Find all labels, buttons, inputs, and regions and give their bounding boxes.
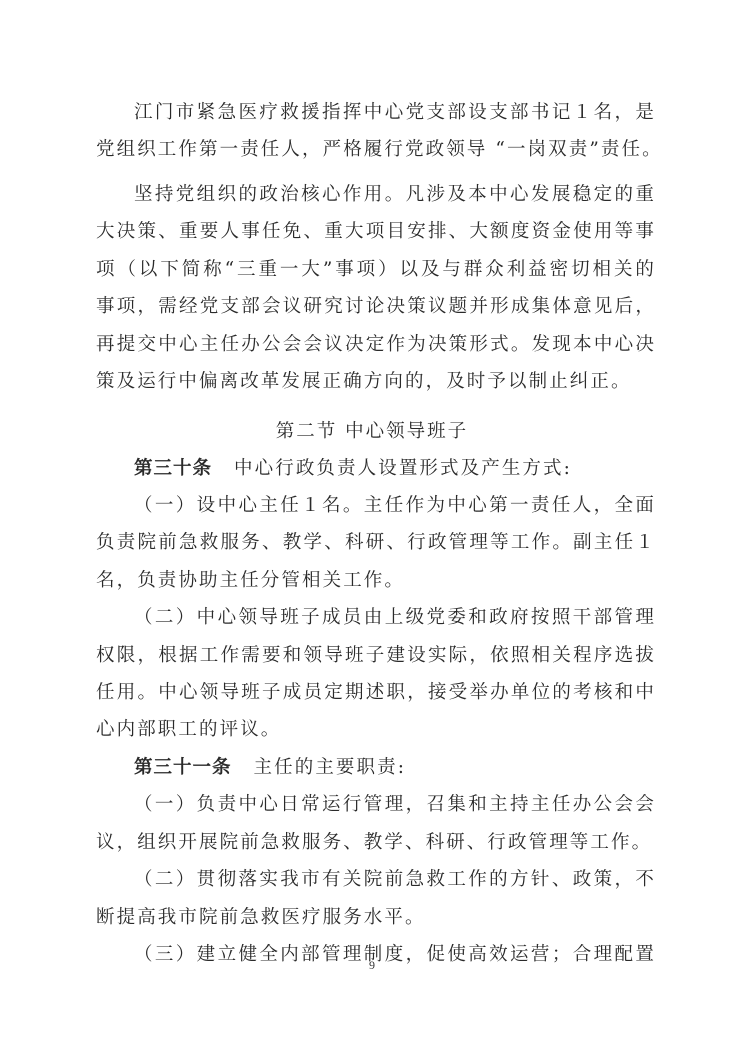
paragraph-line: 名，负责协助主任分管相关工作。 (96, 569, 656, 593)
paragraph-line: 江门市紧急医疗救援指挥中心党支部设支部书记１名，是 (134, 101, 656, 125)
paragraph-line: （二）中心领导班子成员由上级党委和政府按照干部管理 (134, 606, 656, 630)
paragraph-line: 心内部职工的评议。 (96, 718, 656, 742)
paragraph-line: 事项，需经党支部会议研究讨论决策议题并形成集体意见后， (96, 295, 656, 319)
article-title: 主任的主要职责: (254, 757, 407, 778)
article-30-heading: 第三十条中心行政负责人设置形式及产生方式: (134, 457, 656, 481)
paragraph-line: 任用。中心领导班子成员定期述职，接受举办单位的考核和中 (96, 681, 656, 705)
paragraph-line: 断提高我市院前急救医疗服务水平。 (96, 906, 656, 930)
paragraph-line: 权限，根据工作需要和领导班子建设实际，依照相关程序选拔 (96, 644, 656, 668)
paragraph-line: （一）负责中心日常运行管理，召集和主持主任办公会会 (134, 793, 656, 817)
paragraph-line: 大决策、重要人事任免、重大项目安排、大额度资金使用等事 (96, 220, 656, 244)
document-page: 江门市紧急医疗救援指挥中心党支部设支部书记１名，是 党组织工作第一责任人，严格履… (0, 0, 744, 1052)
paragraph-line: 议，组织开展院前急救服务、教学、科研、行政管理等工作。 (96, 831, 656, 855)
page-number: 9 (0, 958, 744, 973)
article-label: 第三十一条 (134, 757, 232, 778)
article-label: 第三十条 (134, 458, 212, 479)
paragraph-line: 项（以下简称“三重一大”事项）以及与群众利益密切相关的 (96, 258, 656, 282)
paragraph-line: （二）贯彻落实我市有关院前急救工作的方针、政策，不 (134, 868, 656, 892)
paragraph-line: 负责院前急救服务、教学、科研、行政管理等工作。副主任１ (96, 531, 656, 555)
paragraph-line: 党组织工作第一责任人，严格履行党政领导 “一岗双责”责任。 (96, 138, 656, 162)
section-heading: 第二节 中心领导班子 (0, 420, 744, 444)
paragraph-line: 再提交中心主任办公会会议决定作为决策形式。发现本中心决 (96, 333, 656, 357)
paragraph-line: 坚持党组织的政治核心作用。凡涉及本中心发展稳定的重 (134, 183, 656, 207)
paragraph-line: （一）设中心主任１名。主任作为中心第一责任人，全面 (134, 494, 656, 518)
article-31-heading: 第三十一条主任的主要职责: (134, 756, 656, 780)
paragraph-line: 策及运行中偏离改革发展正确方向的，及时予以制止纠正。 (96, 370, 656, 394)
article-title: 中心行政负责人设置形式及产生方式: (234, 458, 572, 479)
